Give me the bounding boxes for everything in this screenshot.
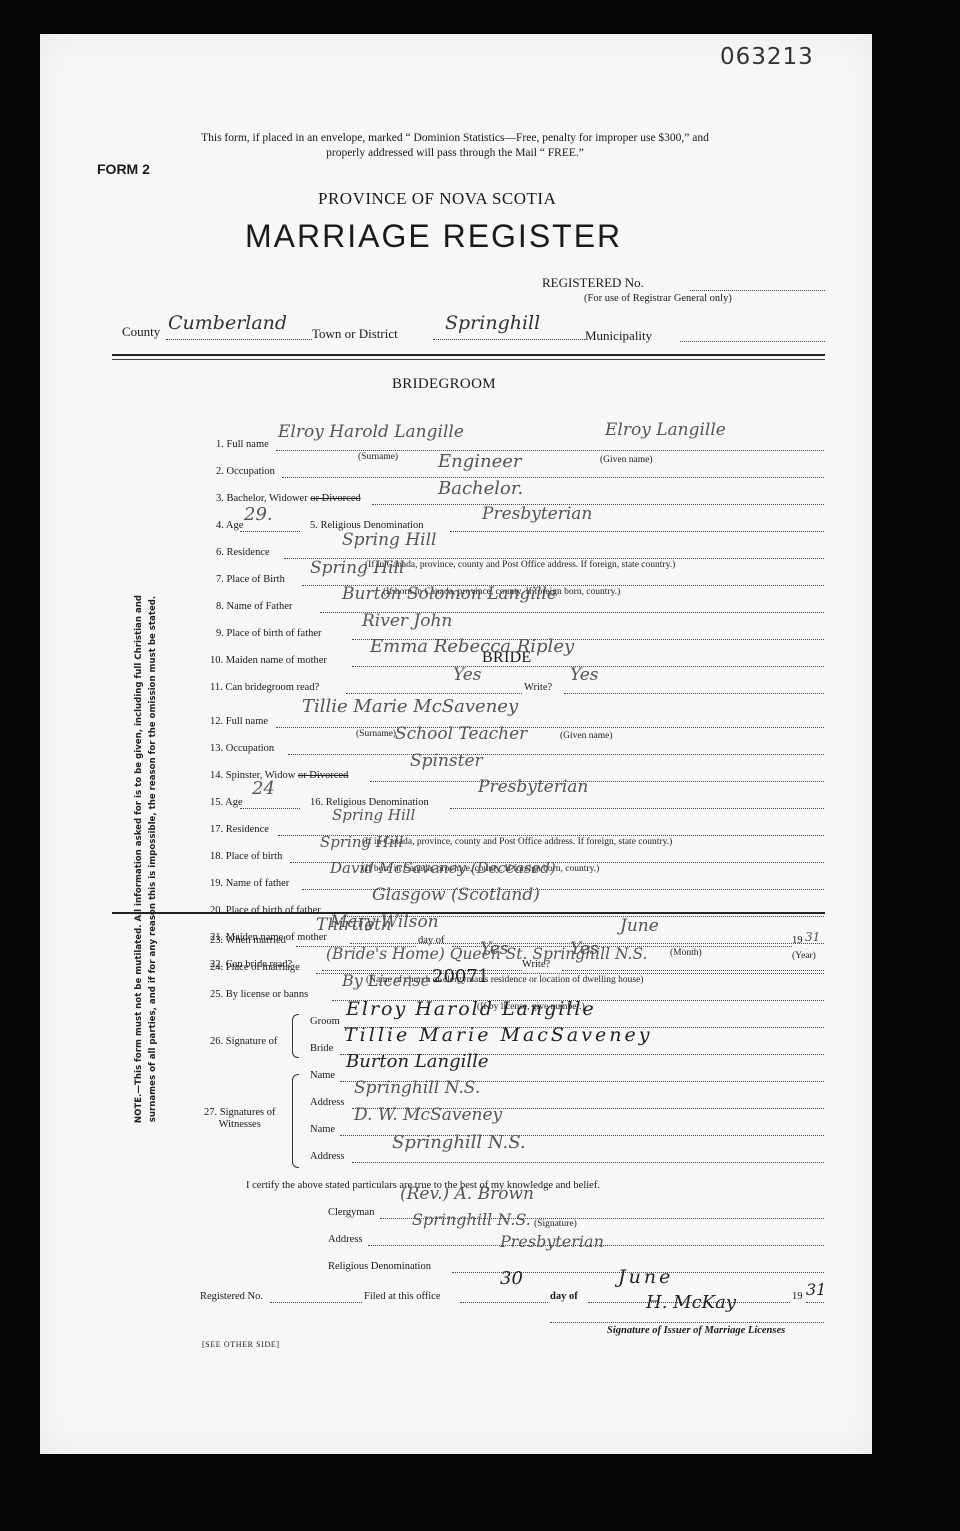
side-note: NOTE.—This form must not be mutilated. A…: [132, 549, 160, 1169]
groom-mother-label: 10. Maiden name of mother: [210, 655, 327, 666]
bride-heading: BRIDE: [482, 649, 532, 667]
issuer-signature-field[interactable]: [550, 1322, 824, 1323]
marriage-register-form: 063213 This form, if placed in an envelo…: [40, 34, 872, 1454]
groom-mother-value: Emma Rebecca Ripley: [370, 636, 574, 657]
issuer-label: Signature of Issuer of Marriage Licenses: [607, 1325, 785, 1336]
registered-no-label: REGISTERED No.: [542, 275, 644, 291]
residence-hint: (If in Canada, province, county and Post…: [365, 560, 675, 570]
groom-birthplace-label: 7. Place of Birth: [216, 574, 285, 585]
filing-registered-no-field[interactable]: [270, 1302, 362, 1303]
bride-signature-label: Bride: [310, 1043, 333, 1054]
filing-year-value: 31: [806, 1280, 826, 1299]
w2-address-value: Springhill N.S.: [392, 1132, 526, 1153]
filing-day-of-label: day of: [550, 1291, 578, 1302]
groom-surname-value: Elroy Harold Langille: [278, 422, 464, 442]
surname-hint: (Surname): [358, 452, 398, 462]
filed-day-field[interactable]: [460, 1302, 548, 1303]
bride-write-field[interactable]: [562, 970, 824, 971]
bride-age-value: 24: [252, 778, 275, 799]
bride-divider: [112, 912, 825, 916]
issuer-signature-value: H. McKay: [646, 1292, 736, 1313]
clergy-address-value: Springhill N.S.: [412, 1210, 531, 1229]
signature-of-label: 26. Signature of: [210, 1036, 277, 1047]
when-day-value: Thirtieth: [316, 915, 392, 935]
groom-write-label: Write?: [524, 682, 552, 693]
bride-father-birthplace-value: Glasgow (Scotland): [372, 885, 540, 905]
bride-birthplace-label: 18. Place of birth: [210, 851, 282, 862]
groom-read-value: Yes: [453, 665, 482, 685]
w1-address-label: Address: [310, 1097, 344, 1108]
groom-father-label: 8. Name of Father: [216, 601, 292, 612]
registered-no-note: (For use of Registrar General only): [584, 293, 732, 304]
when-married-label: 23. When married: [210, 935, 286, 946]
bride-residence-value: Spring Hill: [332, 806, 415, 824]
bride-birthplace-value: Spring Hill: [320, 833, 403, 851]
groom-religion-field[interactable]: [450, 531, 824, 532]
registered-no-field[interactable]: [690, 290, 825, 291]
clergy-address-label: Address: [328, 1234, 362, 1245]
bride-age-label: 15. Age: [210, 797, 243, 808]
groom-age-label: 4. Age: [216, 520, 243, 531]
w1-address-value: Springhill N.S.: [354, 1078, 480, 1098]
mailing-notice-line2: properly addressed will pass through the…: [75, 146, 835, 161]
w2-name-value: D. W. McSaveney: [354, 1105, 502, 1125]
mailing-notice: This form, if placed in an envelope, mar…: [75, 131, 835, 161]
groom-given-value: Elroy Langille: [605, 420, 726, 440]
groom-write-field[interactable]: [564, 693, 824, 694]
filing-registered-no-label: Registered No.: [200, 1291, 263, 1302]
groom-signature-value: Elroy Harold Langille: [346, 998, 596, 1020]
side-note-line2: surnames of all parties, and if for any …: [146, 549, 160, 1169]
filing-year-field[interactable]: [806, 1302, 824, 1303]
bride-surname-hint: (Surname): [356, 729, 396, 739]
groom-father-value: Burton Solomon Langille: [342, 584, 557, 604]
side-note-line1: NOTE.—This form must not be mutilated. A…: [132, 549, 146, 1169]
bride-religion-field[interactable]: [450, 808, 824, 809]
bride-religion-value: Presbyterian: [478, 777, 588, 797]
year-value[interactable]: 31: [805, 930, 820, 944]
town-field[interactable]: [433, 339, 585, 340]
groom-father-birthplace-value: River John: [362, 611, 452, 631]
bride-given-name-hint: (Given name): [560, 731, 613, 741]
groom-read-label: 11. Can bridegroom read?: [210, 682, 319, 693]
witnesses-label-line1: 27. Signatures of: [204, 1107, 275, 1119]
bride-status-value: Spinster: [410, 751, 483, 771]
clergyman-label: Clergyman: [328, 1207, 374, 1218]
clergyman-value: (Rev.) A. Brown: [400, 1184, 534, 1204]
groom-religion-value: Presbyterian: [482, 504, 592, 524]
bride-full-name-field[interactable]: [276, 727, 824, 728]
license-number: 20071: [432, 966, 489, 987]
month-hint: (Month): [670, 948, 702, 958]
bride-residence-hint: (If in Canada, province, county and Post…: [362, 837, 672, 847]
county-label: County: [122, 324, 160, 340]
bride-status-label: 14. Spinster, Widow or Divorced: [210, 770, 348, 781]
groom-father-birthplace-label: 9. Place of birth of father: [216, 628, 322, 639]
groom-read-field[interactable]: [346, 693, 522, 694]
serial-number: 063213: [720, 44, 814, 70]
filed-month-value: June: [618, 1266, 673, 1288]
bride-full-name-label: 12. Full name: [210, 716, 268, 727]
see-other-side: [SEE OTHER SIDE]: [202, 1340, 280, 1349]
groom-full-name-field[interactable]: [276, 450, 824, 451]
year-prefix: 19: [792, 935, 803, 946]
groom-status-label: 3. Bachelor, Widower or Divorced: [216, 493, 361, 504]
groom-signature-label: Groom: [310, 1016, 340, 1027]
bridegroom-heading: BRIDEGROOM: [392, 376, 496, 393]
w2-address-field[interactable]: [352, 1162, 824, 1163]
bride-occupation-label: 13. Occupation: [210, 743, 274, 754]
filing-year-prefix: 19: [792, 1291, 803, 1302]
clergy-denomination-value: Presbyterian: [500, 1232, 604, 1251]
when-month-value: June: [620, 916, 659, 936]
year-hint: (Year): [792, 951, 816, 961]
signature-hint: (Signature): [534, 1219, 577, 1229]
groom-write-value: Yes: [570, 665, 599, 685]
w1-name-value: Burton Langille: [346, 1051, 489, 1072]
place-of-marriage-value: (Bride's Home) Queen St. Springhill N.S.: [326, 945, 647, 963]
municipality-field[interactable]: [680, 341, 825, 342]
town-label: Town or District: [312, 326, 398, 342]
groom-age-value: 29.: [244, 504, 273, 525]
page-title: MARRIAGE REGISTER: [245, 218, 622, 255]
w2-address-label: Address: [310, 1151, 344, 1162]
bride-father-value: David McSaveney (Deceased): [330, 859, 556, 877]
groom-residence-label: 6. Residence: [216, 547, 270, 558]
bride-full-name-value: Tillie Marie McSaveney: [302, 696, 518, 717]
filed-day-value: 30: [500, 1268, 523, 1289]
section-divider: [112, 354, 825, 360]
license-label: 25. By license or banns: [210, 989, 308, 1000]
filed-at-label: Filed at this office: [364, 1291, 441, 1302]
bride-signature-value: Tillie Marie MacSaveney: [344, 1024, 652, 1046]
town-value: Springhill: [445, 312, 540, 334]
groom-occupation-field[interactable]: [282, 477, 824, 478]
groom-full-name-label: 1. Full name: [216, 439, 269, 450]
groom-birthplace-value: Spring Hill: [310, 558, 404, 578]
groom-status-field[interactable]: [372, 504, 824, 505]
license-value: By License: [342, 971, 430, 990]
bride-occupation-field[interactable]: [288, 754, 824, 755]
county-field[interactable]: [166, 339, 312, 340]
form-number: FORM 2: [97, 161, 150, 177]
groom-residence-value: Spring Hill: [342, 530, 436, 550]
county-value: Cumberland: [168, 312, 287, 334]
groom-occupation-value: Engineer: [438, 451, 522, 472]
groom-occupation-label: 2. Occupation: [216, 466, 275, 477]
witnesses-brace: [292, 1074, 299, 1168]
place-of-marriage-label: 24. Place of marriage: [210, 962, 300, 973]
mailing-notice-line1: This form, if placed in an envelope, mar…: [75, 131, 835, 146]
w2-name-label: Name: [310, 1124, 335, 1135]
clergy-denomination-label: Religious Denomination: [328, 1261, 431, 1272]
given-name-hint: (Given name): [600, 455, 653, 465]
bride-status-field[interactable]: [370, 781, 824, 782]
witnesses-label-line2: Witnesses: [204, 1119, 275, 1131]
witnesses-label: 27. Signatures of Witnesses: [204, 1107, 275, 1131]
w1-name-label: Name: [310, 1070, 335, 1081]
bride-occupation-value: School Teacher: [395, 724, 527, 744]
groom-status-value: Bachelor.: [438, 478, 523, 499]
bride-residence-label: 17. Residence: [210, 824, 269, 835]
municipality-label: Municipality: [585, 328, 652, 344]
bride-father-label: 19. Name of father: [210, 878, 289, 889]
province-heading: PROVINCE OF NOVA SCOTIA: [318, 189, 556, 209]
signature-brace: [292, 1014, 299, 1058]
bride-age-field[interactable]: [240, 808, 300, 809]
groom-age-field[interactable]: [240, 531, 300, 532]
